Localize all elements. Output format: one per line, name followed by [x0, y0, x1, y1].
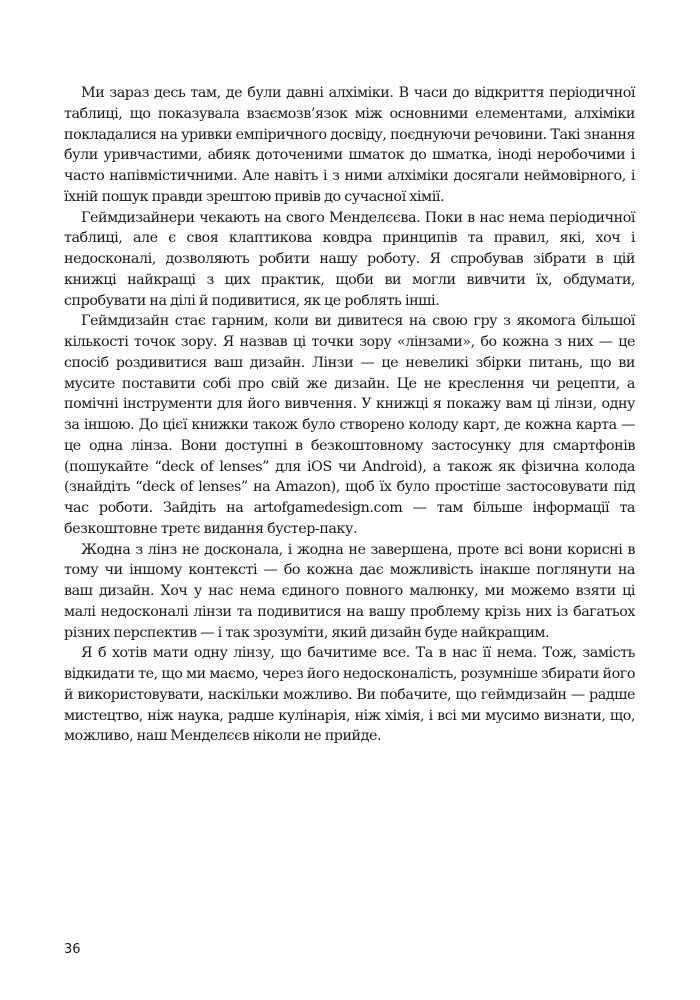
- paragraph-mendeleev: Геймдизайнери чекають на свого Менделєєв…: [64, 208, 635, 312]
- page-number: 36: [64, 942, 81, 957]
- paragraph-imperfect-lenses: Жодна з лінз не досконала, і жодна не за…: [64, 540, 635, 644]
- paragraph-alchemists: Ми зараз десь там, де були давні алхімік…: [64, 83, 635, 208]
- paragraph-conclusion: Я б хотів мати одну лінзу, що бачитиме в…: [64, 643, 635, 747]
- paragraph-lenses: Геймдизайн стає гарним, коли ви дивитеся…: [64, 311, 635, 539]
- body-text: Ми зараз десь там, де були давні алхімік…: [64, 83, 635, 747]
